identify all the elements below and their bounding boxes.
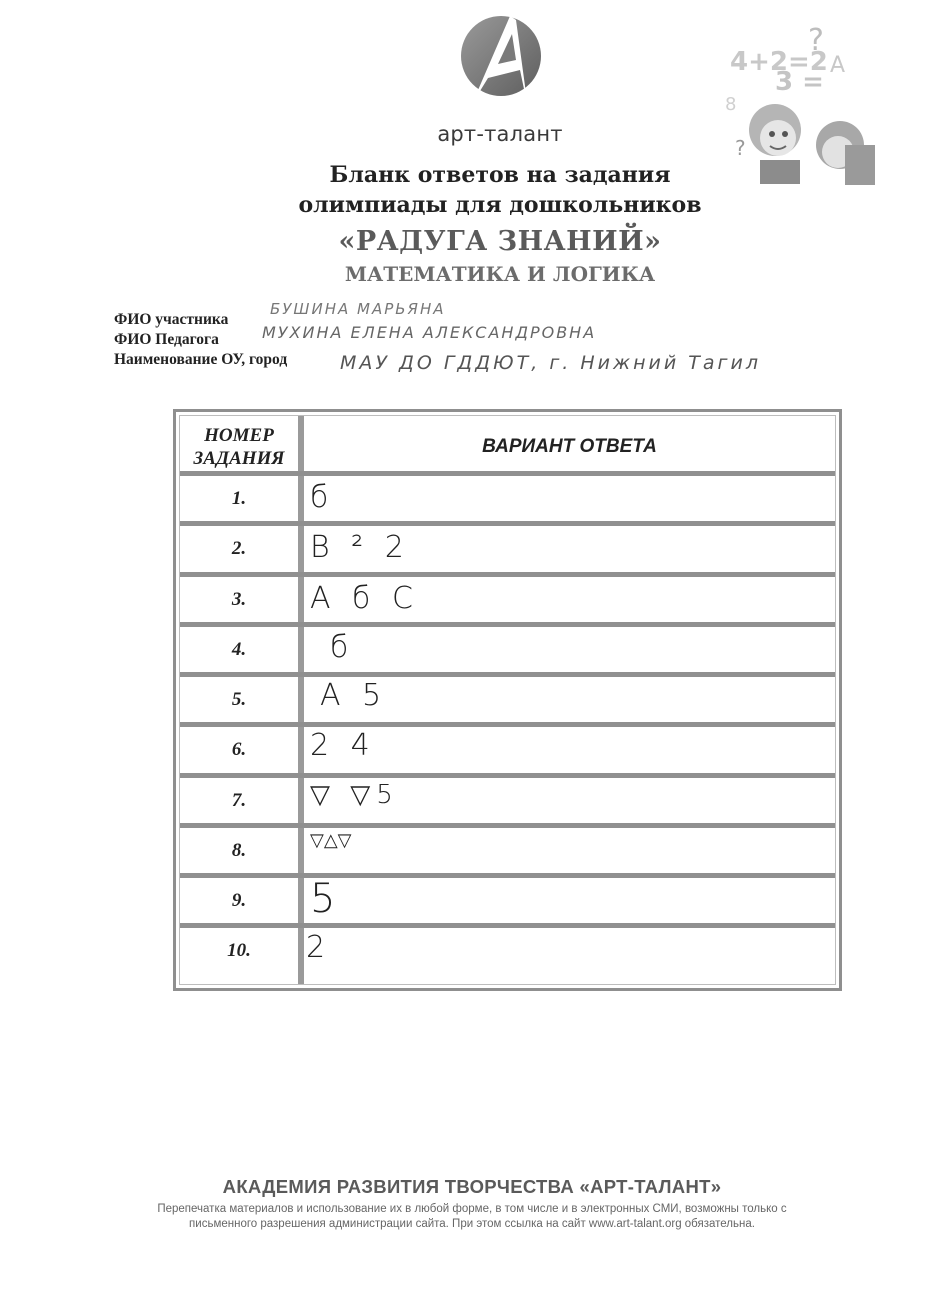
- header-answer: ВАРИАНТ ОТВЕТА: [304, 436, 835, 458]
- answer-cell[interactable]: б: [310, 480, 334, 515]
- answer-cell[interactable]: б: [330, 630, 354, 665]
- answer-cell[interactable]: 2 4: [310, 728, 376, 763]
- teacher-name-value[interactable]: МУХИНА ЕЛЕНА АЛЕКСАНДРОВНА: [262, 323, 596, 342]
- footer-organization: АКАДЕМИЯ РАЗВИТИЯ ТВОРЧЕСТВА «АРТ-ТАЛАНТ…: [100, 1176, 844, 1198]
- teacher-name-label: ФИО Педагога: [114, 331, 219, 349]
- form-title-line2: олимпиады для дошкольников: [200, 192, 800, 218]
- institution-label: Наименование ОУ, город: [114, 351, 287, 369]
- answer-cell[interactable]: 5: [310, 876, 341, 922]
- answer-cell[interactable]: А 5: [320, 678, 387, 713]
- answer-cell[interactable]: ▽△▽: [310, 830, 352, 851]
- header-task-number: НОМЕР ЗАДАНИЯ: [180, 424, 298, 470]
- svg-text:A: A: [830, 53, 845, 78]
- art-talant-logo-icon: [458, 12, 544, 116]
- form-title-line1: Бланк ответов на задания: [200, 162, 800, 188]
- participant-name-value[interactable]: БУШИНА МАРЬЯНА: [270, 300, 446, 318]
- svg-text:?: ?: [808, 23, 824, 58]
- column-divider: [298, 416, 304, 984]
- logo-text: арт-талант: [400, 122, 600, 146]
- answer-cell[interactable]: 2: [306, 930, 331, 965]
- svg-text:3 =: 3 =: [775, 67, 824, 97]
- olympiad-name: «РАДУГА ЗНАНИЙ»: [200, 226, 800, 257]
- svg-text:8: 8: [725, 94, 736, 115]
- institution-value[interactable]: МАУ ДО ГДДЮТ, г. Нижний Тагил: [340, 352, 761, 374]
- svg-text:?: ?: [735, 136, 746, 160]
- answer-cell[interactable]: ▽ ▽5: [310, 780, 399, 810]
- footer-copyright-notice: Перепечатка материалов и использование и…: [100, 1202, 844, 1232]
- answer-table: НОМЕР ЗАДАНИЯ ВАРИАНТ ОТВЕТА 1. б 2. В ²…: [173, 409, 842, 991]
- answer-cell[interactable]: В ² 2: [310, 530, 410, 565]
- answer-cell[interactable]: А б С: [310, 581, 419, 616]
- subject-title: МАТЕМАТИКА И ЛОГИКА: [200, 262, 800, 286]
- participant-name-label: ФИО участника: [114, 311, 228, 329]
